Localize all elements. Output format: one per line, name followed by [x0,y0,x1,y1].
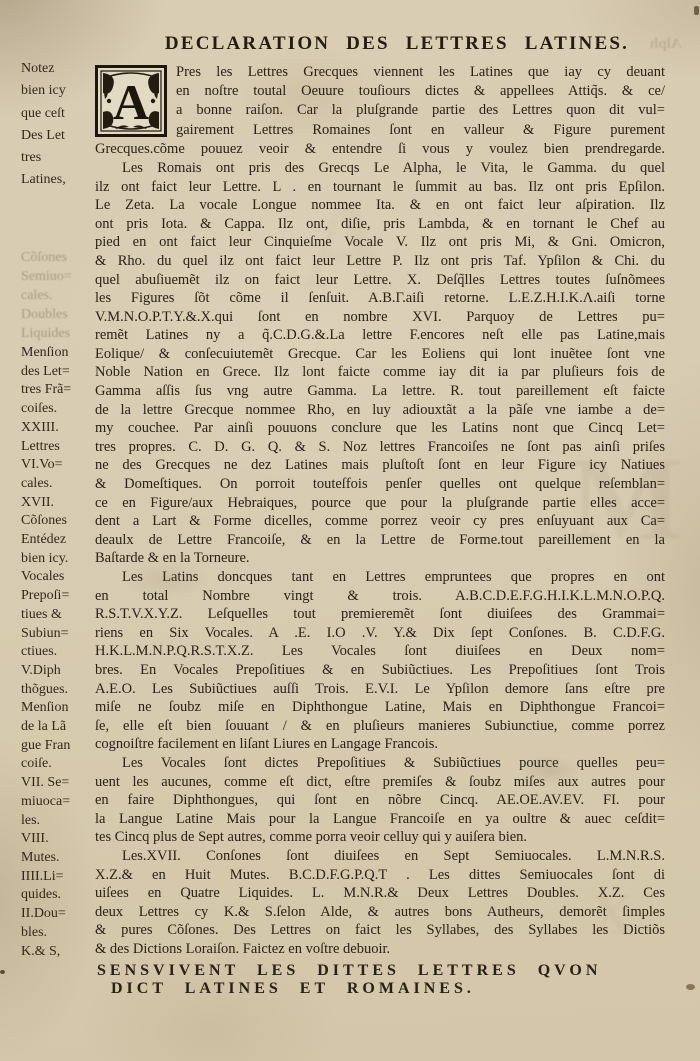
text-line: Entédez [21,531,95,550]
text-line: Doubles [21,305,95,324]
text-line: thõgues. [21,681,95,700]
text-line: des Let= [21,363,95,382]
text-line: Menſion [21,699,95,718]
text-line: uent les aucunes, comme eſt dict, eſtre … [95,773,665,792]
text-line: en noſtre toutal Oeuure touſiours dictes… [176,82,665,101]
text-line: my couchee. Par ainſi pouuons conclure q… [95,419,665,438]
text-line: ce en Figure/aux Hebraiques, pource que … [95,494,665,513]
text-line: quides. [21,886,95,905]
text-line: coiſe. [21,755,95,774]
text-line: de la Lã [21,718,95,737]
text-line: deux Lettres cy K.& S.ſelon Alde, & autr… [95,903,665,922]
text-line: Notez [21,58,95,80]
text-line: deaulx de Lettre Francoiſe, & en la Lett… [95,531,665,550]
text-line: VIII. [21,830,95,849]
text-line: Mutes. [21,849,95,868]
ink-stain [0,970,5,974]
paper-stain [520,755,580,785]
text-line: K.& S, [21,943,95,962]
text-line: Subiun= [21,625,95,644]
text-line: tres Frã= [21,381,95,400]
text-line: quel abuſiuemẽt ilz on faict leur Lettre… [95,271,665,290]
text-line: Pres les Lettres Grecques viennent les L… [176,63,665,82]
text-line: Menſion [21,344,95,363]
text-line: Semiuo= [21,267,95,286]
section-subheading: SENSVIVENT LES DITTES LETTRES QVON DICT … [95,962,665,998]
text-line: A.E.O. Les Subiũctiues auſſi Trois. E.V.… [95,680,665,699]
body-text: A Pres les Lettres Grecques viennent les… [95,63,665,998]
text-line: tres [21,147,95,169]
paragraph-1-lines: Pres les Lettres Grecques viennent les L… [95,63,665,159]
text-line: miſe ne ſoubz miſe en Diphthongue Latine… [95,698,665,717]
text-line: gue Fran [21,737,95,756]
text-line: dent a Lart & Forme dicelles, comme porr… [95,512,665,531]
text-line: VII. Se= [21,774,95,793]
text-line: V.Diph [21,662,95,681]
text-line: Liquides [21,324,95,343]
ink-stain [686,984,695,990]
scanned-book-page: { "page": { "title": "DECLARATION DES LE… [0,0,700,1061]
text-line: miuoca= [21,793,95,812]
margin-note-french-letters: Menſiondes Let=tres Frã=coiſes.XXIII.Let… [21,344,95,961]
text-line: tes Cincq plus de Sept autres, comme por… [95,828,665,847]
text-line: X.Z.& en Huit Mutes. B.C.D.F.G.P.Q.T . L… [95,866,665,885]
text-line: coiſes. [21,400,95,419]
text-line: Des Let [21,125,95,147]
text-line: cognoiſtre facilement en liſant Liures e… [95,735,665,754]
text-line: Gamma aſſis ſus vng autre Gamma. La lett… [95,382,665,401]
text-line: H.K.L.M.N.P.Q.R.S.T.X.Z. Les Vocales ſon… [95,642,665,661]
text-line: que ceſt [21,103,95,125]
text-line: Cõſones [21,248,95,267]
text-line: a bonne raiſon. Car la pluſgrande partie… [176,101,665,120]
text-line: & pures Cõſones. Des Lettres on faict le… [95,921,665,940]
text-line: tres propres. C. D. G. Q. & S. Noz lettr… [95,438,665,457]
margin-note-bleed-through: CõſonesSemiuo=cales.DoublesLiquides [21,248,95,343]
text-line: V.M.N.O.P.T.Y.&.X.qui ſont en nombre XVI… [95,308,665,327]
text-line: Le Zeta. La vocale Longue nommee Ita. & … [95,196,665,215]
text-line: les Figures ſõt cõme il ſenſuit. A.B.Γ.a… [95,289,665,308]
text-line: & Rho. du quel ilz ont faict leur Lettre… [95,252,665,271]
subheading-line-2: DICT LATINES ET ROMAINES. [111,980,665,998]
text-line: bres. En Vocales Prepoſitiues & en Subiũ… [95,661,665,680]
text-line: Grecques.cõme pouuez veoir & entendre ſi… [95,140,665,159]
text-line: uiſees en Quatre Liquides. L. M.N.R.& De… [95,884,665,903]
text-line: IIII.Li= [21,868,95,887]
subheading-line-1: SENSVIVENT LES DITTES LETTRES QVON [97,962,665,980]
text-line: bien icy [21,80,95,102]
text-line: Les.XVII. Conſones ſont diuiſees en Sept… [95,847,665,866]
paragraph-2: Les Romais ont pris des Grecqs Le Alpha,… [95,159,665,568]
text-line: ctiues. [21,643,95,662]
text-line: pied en ont faict leur Cinquieſme Vocale… [95,233,665,252]
text-line: & des Dictions Loraiſon. Faictez en voſt… [95,940,665,959]
text-line: cales. [21,475,95,494]
text-line: Les Romais ont pris des Grecqs Le Alpha,… [95,159,665,178]
text-line: Eolique/ & conſecuiutemẽt Grecque. Car l… [95,345,665,364]
text-line: en faire Diphthongues, qui ſont en nõbre… [95,791,665,810]
margin-note-latin-letters: Notezbien icyque ceſtDes LettresLatines, [21,58,95,192]
text-line: VI.Vo= [21,456,95,475]
text-line: de la lettre Grecque nommee Rho, en luy … [95,401,665,420]
text-line: les. [21,812,95,831]
text-line: Lettres [21,438,95,457]
paragraph-1: A Pres les Lettres Grecques viennent les… [95,63,665,159]
text-line: riens en Six Vocales. A .E. I.O .V. Y.& … [95,624,665,643]
text-line: gairement Lettres Romaines ſont en valle… [176,121,665,140]
svg-text:A: A [113,74,149,130]
text-line: tiues & [21,606,95,625]
text-line: R.S.T.V.X.Y.Z. Leſquelles tout premierem… [95,605,665,624]
text-line: II.Dou= [21,905,95,924]
text-line: la Langue Latine Mais pour la Langue Fra… [95,810,665,829]
text-line: Latines, [21,169,95,191]
text-line: ilz ont faict leur Lettre. L . en tourna… [95,178,665,197]
drop-cap-a-icon: A [95,65,167,137]
text-line: cales. [21,286,95,305]
text-line: XXIII. [21,419,95,438]
text-line: & Domeſtiques. On porroit touteſfois pen… [95,475,665,494]
text-line: remẽt Latines ny a q̃.C.D.G.&.La lettre … [95,326,665,345]
text-line: Vocales [21,568,95,587]
text-line: bien icy. [21,550,95,569]
text-line: ont pris Iota. & Cappa. Ilz ont, diſie, … [95,215,665,234]
text-column: DECLARATION DES LETTRES LATINES. A [95,33,665,998]
text-line: Prepoſi= [21,587,95,606]
page-title: DECLARATION DES LETTRES LATINES. [95,33,665,55]
paragraph-5: Les.XVII. Conſones ſont diuiſees en Sept… [95,847,665,959]
text-line: Noble Nation en Grece. Ilz lont faicte c… [95,363,665,382]
paper-stain [120,560,210,600]
text-line: bles. [21,924,95,943]
ink-stain [694,6,699,15]
text-line: ne des Grecques ne dez Latines mais pluſ… [95,456,665,475]
text-line: Cõſones [21,512,95,531]
woodcut-initial-A: A [95,65,167,137]
text-line: ſe, elle eſt bien ſouuant / & en pluſieu… [95,717,665,736]
text-line: XVII. [21,494,95,513]
